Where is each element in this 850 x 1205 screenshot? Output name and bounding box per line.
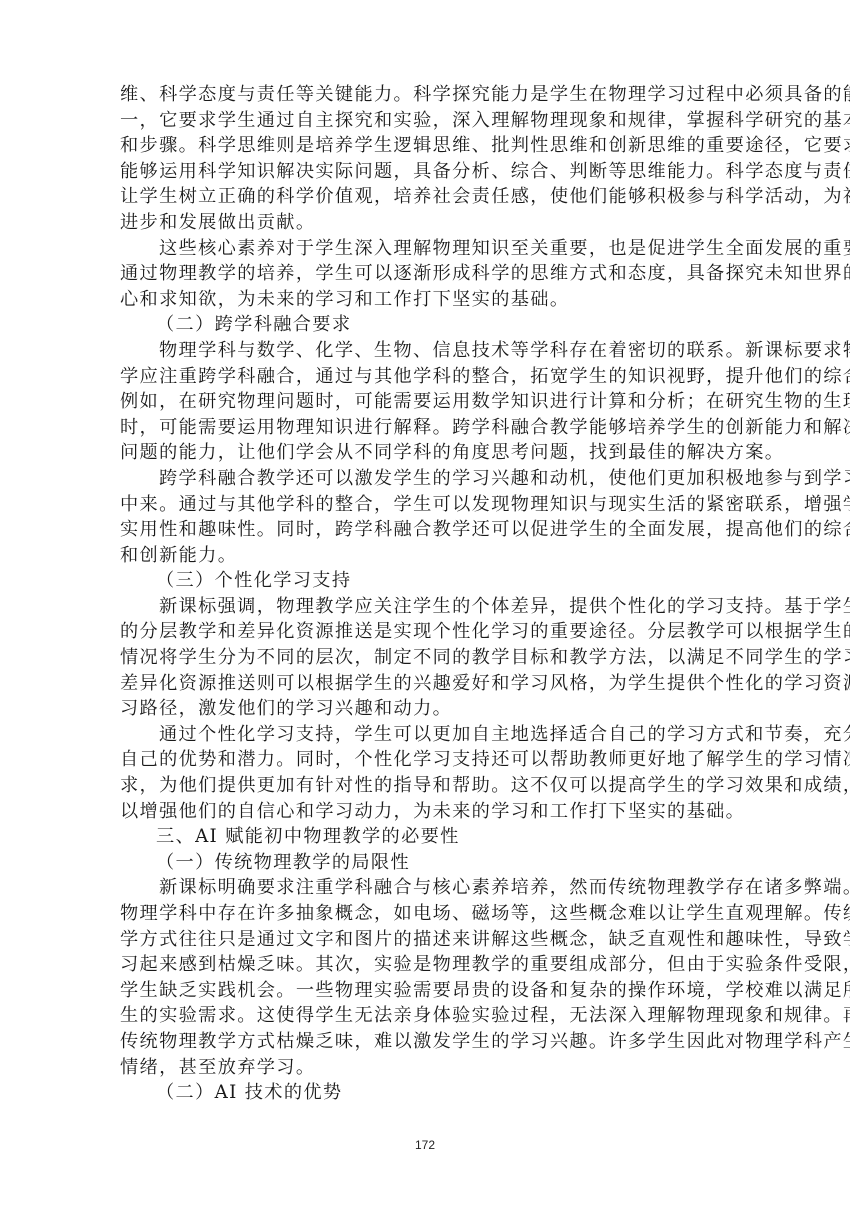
paragraph: 跨学科融合教学还可以激发学生的学习兴趣和动机，使他们更加积极地参与到学习过程中来… [120, 466, 730, 568]
text-line: 跨学科融合教学还可以激发学生的学习兴趣和动机，使他们更加积极地参与到学习过程 [120, 466, 730, 492]
paragraph: 新课标明确要求注重学科融合与核心素养培养，然而传统物理教学存在诸多弊端。首先，物… [120, 875, 730, 1080]
text-line: 以增强他们的自信心和学习动力，为未来的学习和工作打下坚实的基础。 [120, 799, 730, 825]
text-line: 和步骤。科学思维则是培养学生逻辑思维、批判性思维和创新思维的重要途径，它要求学生 [120, 133, 730, 159]
text-line: 自己的优势和潜力。同时，个性化学习支持还可以帮助教师更好地了解学生的学习情况和需 [120, 747, 730, 773]
text-line: 求，为他们提供更加有针对性的指导和帮助。这不仅可以提高学生的学习效果和成绩，还可 [120, 773, 730, 799]
heading-text: （二）AI 技术的优势 [120, 1080, 730, 1106]
page-number: 172 [0, 1138, 850, 1152]
text-line: 通过个性化学习支持，学生可以更加自主地选择适合自己的学习方式和节奏，充分发挥 [120, 722, 730, 748]
section-heading: 三、AI 赋能初中物理教学的必要性 [120, 824, 730, 850]
heading-text: 三、AI 赋能初中物理教学的必要性 [120, 824, 730, 850]
text-line: 让学生树立正确的科学价值观，培养社会责任感，使他们能够积极参与科学活动，为社会的 [120, 184, 730, 210]
text-line: 这些核心素养对于学生深入理解物理知识至关重要，也是促进学生全面发展的重要基石。 [120, 236, 730, 262]
text-line: 一，它要求学生通过自主探究和实验，深入理解物理现象和规律，掌握科学研究的基本方法 [120, 108, 730, 134]
paragraph: 通过个性化学习支持，学生可以更加自主地选择适合自己的学习方式和节奏，充分发挥自己… [120, 722, 730, 824]
text-line: 能够运用科学知识解决实际问题，具备分析、综合、判断等思维能力。科学态度与责任则是 [120, 159, 730, 185]
text-line: 通过物理教学的培养，学生可以逐渐形成科学的思维方式和态度，具备探究未知世界的好奇 [120, 261, 730, 287]
text-line: 新课标强调，物理教学应关注学生的个体差异，提供个性化的学习支持。基于学生学情 [120, 594, 730, 620]
heading-text: （三）个性化学习支持 [120, 568, 730, 594]
paragraph: 新课标强调，物理教学应关注学生的个体差异，提供个性化的学习支持。基于学生学情的分… [120, 594, 730, 722]
section-heading: （一）传统物理教学的局限性 [120, 850, 730, 876]
text-line: 学方式往往只是通过文字和图片的描述来讲解这些概念，缺乏直观性和趣味性，导致学生学 [120, 927, 730, 953]
paragraph: 这些核心素养对于学生深入理解物理知识至关重要，也是促进学生全面发展的重要基石。通… [120, 236, 730, 313]
text-line: 维、科学态度与责任等关键能力。科学探究能力是学生在物理学习过程中必须具备的能力之 [120, 82, 730, 108]
text-line: 差异化资源推送则可以根据学生的兴趣爱好和学习风格，为学生提供个性化的学习资源和学 [120, 671, 730, 697]
text-line: 心和求知欲，为未来的学习和工作打下坚实的基础。 [120, 287, 730, 313]
text-line: 的分层教学和差异化资源推送是实现个性化学习的重要途径。分层教学可以根据学生的实际 [120, 619, 730, 645]
text-line: 进步和发展做出贡献。 [120, 210, 730, 236]
text-line: 问题的能力，让他们学会从不同学科的角度思考问题，找到最佳的解决方案。 [120, 440, 730, 466]
paragraph: 物理学科与数学、化学、生物、信息技术等学科存在着密切的联系。新课标要求物理教学应… [120, 338, 730, 466]
text-line: 习路径，激发他们的学习兴趣和动力。 [120, 696, 730, 722]
text-line: 新课标明确要求注重学科融合与核心素养培养，然而传统物理教学存在诸多弊端。首先， [120, 875, 730, 901]
section-heading: （二）跨学科融合要求 [120, 312, 730, 338]
heading-text: （一）传统物理教学的局限性 [120, 850, 730, 876]
heading-text: （二）跨学科融合要求 [120, 312, 730, 338]
text-line: 学应注重跨学科融合，通过与其他学科的整合，拓宽学生的知识视野，提升他们的综合素养… [120, 364, 730, 390]
text-line: 习起来感到枯燥乏味。其次，实验是物理教学的重要组成部分，但由于实验条件受限，许多 [120, 952, 730, 978]
text-line: 时，可能需要运用物理知识进行解释。跨学科融合教学能够培养学生的创新能力和解决实际 [120, 415, 730, 441]
section-heading: （三）个性化学习支持 [120, 568, 730, 594]
text-line: 和创新能力。 [120, 543, 730, 569]
text-line: 物理学科中存在许多抽象概念，如电场、磁场等，这些概念难以让学生直观理解。传统的教 [120, 901, 730, 927]
text-line: 中来。通过与其他学科的整合，学生可以发现物理知识与现实生活的紧密联系，增强学习的 [120, 492, 730, 518]
text-line: 传统物理教学方式枯燥乏味，难以激发学生的学习兴趣。许多学生因此对物理学科产生抵触 [120, 1029, 730, 1055]
text-line: 情况将学生分为不同的层次，制定不同的教学目标和教学方法，以满足不同学生的学习需求… [120, 645, 730, 671]
text-line: 学生缺乏实践机会。一些物理实验需要昂贵的设备和复杂的操作环境，学校难以满足所有学 [120, 978, 730, 1004]
text-line: 物理学科与数学、化学、生物、信息技术等学科存在着密切的联系。新课标要求物理教 [120, 338, 730, 364]
text-line: 实用性和趣味性。同时，跨学科融合教学还可以促进学生的全面发展，提高他们的综合素质 [120, 517, 730, 543]
paragraph-continued: 维、科学态度与责任等关键能力。科学探究能力是学生在物理学习过程中必须具备的能力之… [120, 82, 730, 236]
document-body: 维、科学态度与责任等关键能力。科学探究能力是学生在物理学习过程中必须具备的能力之… [120, 82, 730, 1106]
text-line: 生的实验需求。这使得学生无法亲身体验实验过程，无法深入理解物理现象和规律。再者， [120, 1003, 730, 1029]
section-heading: （二）AI 技术的优势 [120, 1080, 730, 1106]
text-line: 例如，在研究物理问题时，可能需要运用数学知识进行计算和分析；在研究生物的生理现象 [120, 389, 730, 415]
text-line: 情绪，甚至放弃学习。 [120, 1055, 730, 1081]
